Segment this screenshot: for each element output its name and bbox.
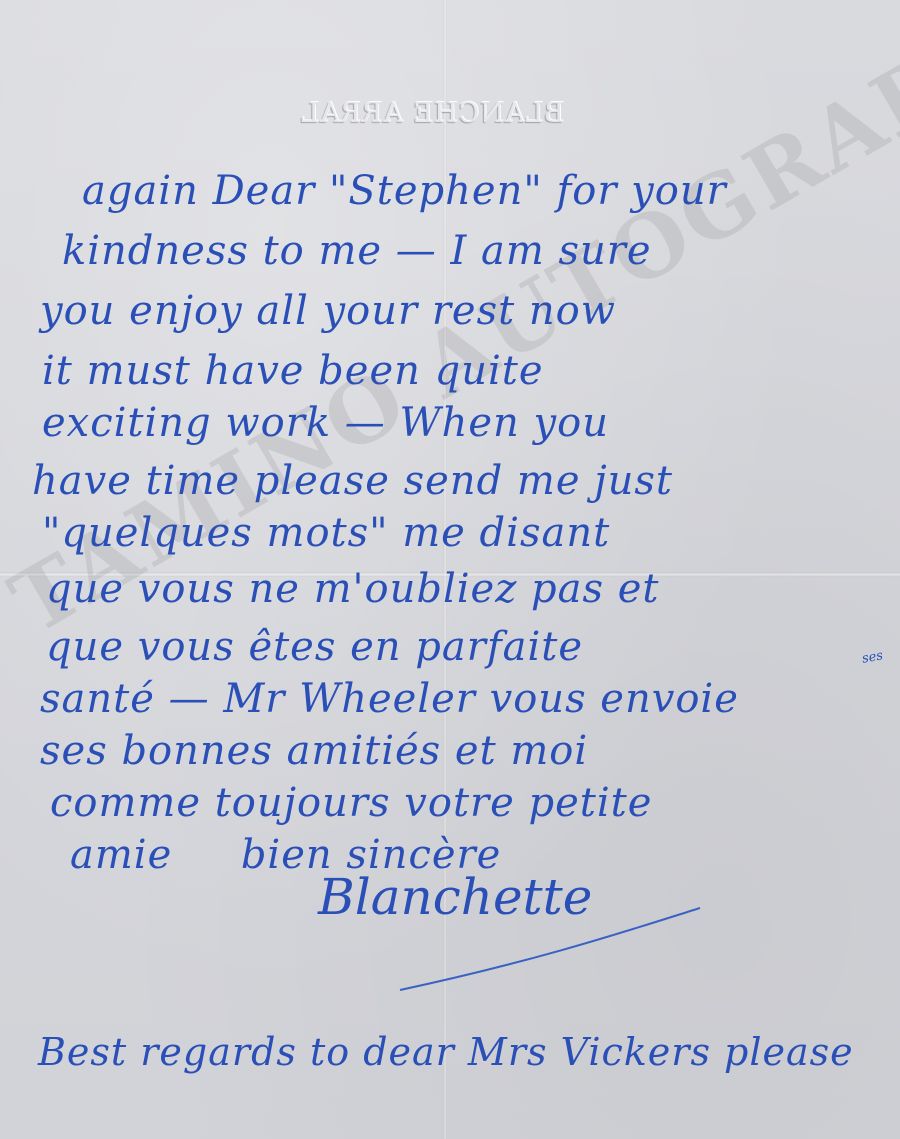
letter-line-3: you enjoy all your rest now [40,288,616,334]
signature-flourish [390,890,730,1000]
letter-line-7: "quelques mots" me disant [42,510,610,556]
margin-note: ses [861,648,884,666]
letter-line-6: have time please send me just [32,458,673,504]
letter-sheet: BLANCHE ARRAL TAMINO AUTOGRAPHS again De… [0,0,900,1139]
letter-line-9: que vous êtes en parfaite [46,624,583,670]
embossed-letterhead: BLANCHE ARRAL [262,98,602,129]
letter-line-5: exciting work — When you [42,400,609,446]
postscript: Best regards to dear Mrs Vickers please [38,1030,854,1074]
letter-line-1: again Dear "Stephen" for your [82,168,727,214]
letter-line-4: it must have been quite [42,348,544,394]
letter-line-12: comme toujours votre petite [50,780,652,826]
letter-line-2: kindness to me — I am sure [62,228,652,274]
letter-line-10: santé — Mr Wheeler vous envoie [40,676,739,722]
letter-line-11: ses bonnes amitiés et moi [40,728,588,774]
letter-line-8: que vous ne m'oubliez pas et [46,566,659,612]
